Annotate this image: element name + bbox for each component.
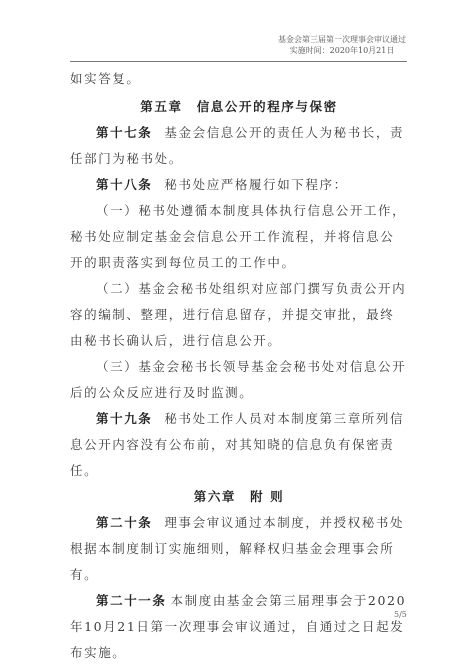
article-18-label: 第十八条 [96,177,152,192]
article-19-label: 第十九条 [96,411,152,426]
item-1: （一）秘书处遵循本制度具体执行信息公开工作，秘书处应制定基金会信息公开工作流程，… [70,198,408,276]
article-18: 第十八条秘书处应严格履行如下程序： [70,172,408,198]
header-effective-date: 实施时间：2020年10月21日 [278,45,406,56]
article-20: 第二十条理事会审议通过本制度，并授权秘书处根据本制度制订实施细则，解释权归基金会… [70,510,408,588]
document-body: 如实答复。 第五章 信息公开的程序与保密 第十七条基金会信息公开的责任人为秘书长… [70,66,408,666]
continuation-text: 如实答复。 [70,66,408,92]
page-number: 5/5 [394,610,407,619]
article-19: 第十九条秘书处工作人员对本制度第三章所列信息公开内容没有公布前，对其知晓的信息负… [70,406,408,484]
article-18-text: 秘书处应严格履行如下程序： [164,177,347,192]
item-3-label: （三） [96,359,138,374]
page-header: 基金会第三届第一次理事会审议通过 实施时间：2020年10月21日 [278,34,406,56]
item-2-label: （二） [96,281,138,296]
header-approval-line: 基金会第三届第一次理事会审议通过 [278,34,406,45]
article-20-label: 第二十条 [96,515,152,530]
item-3: （三）基金会秘书长领导基金会秘书处对信息公开后的公众反应进行及时监测。 [70,354,408,406]
article-21-label: 第二十一条 [96,593,167,608]
article-17-label: 第十七条 [96,125,152,140]
article-21: 第二十一条本制度由基金会第三届理事会于2020年10月21日第一次理事会审议通过… [70,588,408,666]
chapter-6-title: 第六章 附 则 [70,484,408,510]
item-1-label: （一） [96,203,138,218]
article-17: 第十七条基金会信息公开的责任人为秘书长，责任部门为秘书处。 [70,120,408,172]
document-page: 基金会第三届第一次理事会审议通过 实施时间：2020年10月21日 如实答复。 … [0,0,474,670]
item-2: （二）基金会秘书处组织对应部门撰写负责公开内容的编制、整理，进行信息留存，并提交… [70,276,408,354]
header-rule [70,61,407,62]
chapter-5-title: 第五章 信息公开的程序与保密 [70,94,408,120]
